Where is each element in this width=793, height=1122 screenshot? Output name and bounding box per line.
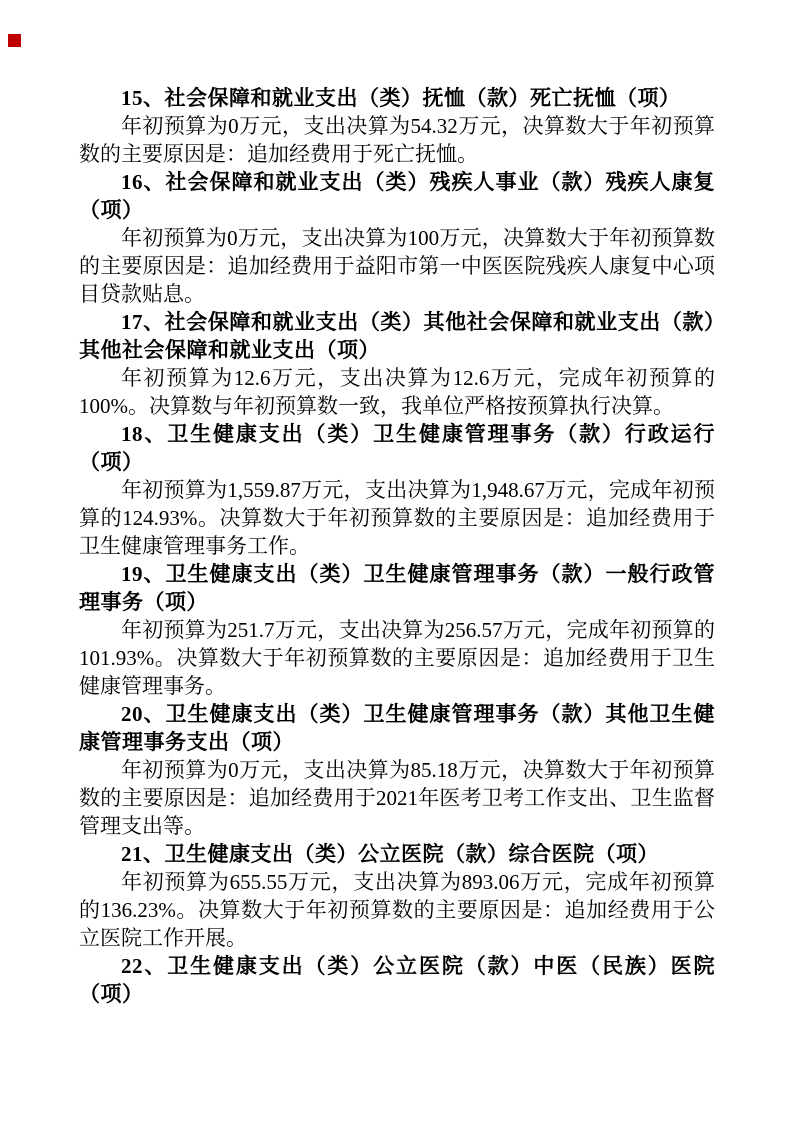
section-heading: 22、卫生健康支出（类）公立医院（款）中医（民族）医院（项） [79, 952, 715, 1008]
section-body: 年初预算为655.55万元，支出决算为893.06万元，完成年初预算的136.2… [79, 868, 715, 952]
section-heading: 18、卫生健康支出（类）卫生健康管理事务（款）行政运行（项） [79, 420, 715, 476]
section-body: 年初预算为12.6万元，支出决算为12.6万元，完成年初预算的100%。决算数与… [79, 364, 715, 420]
section-body: 年初预算为0万元，支出决算为85.18万元，决算数大于年初预算数的主要原因是：追… [79, 756, 715, 840]
section-heading: 21、卫生健康支出（类）公立医院（款）综合医院（项） [79, 840, 715, 868]
budget-item-18: 18、卫生健康支出（类）卫生健康管理事务（款）行政运行（项） 年初预算为1,55… [79, 420, 715, 560]
budget-item-15: 15、社会保障和就业支出（类）抚恤（款）死亡抚恤（项） 年初预算为0万元，支出决… [79, 84, 715, 168]
budget-item-20: 20、卫生健康支出（类）卫生健康管理事务（款）其他卫生健康管理事务支出（项） 年… [79, 700, 715, 840]
budget-item-16: 16、社会保障和就业支出（类）残疾人事业（款）残疾人康复（项） 年初预算为0万元… [79, 168, 715, 308]
section-heading: 15、社会保障和就业支出（类）抚恤（款）死亡抚恤（项） [79, 84, 715, 112]
section-heading: 20、卫生健康支出（类）卫生健康管理事务（款）其他卫生健康管理事务支出（项） [79, 700, 715, 756]
budget-item-19: 19、卫生健康支出（类）卫生健康管理事务（款）一般行政管理事务（项） 年初预算为… [79, 560, 715, 700]
budget-item-21: 21、卫生健康支出（类）公立医院（款）综合医院（项） 年初预算为655.55万元… [79, 840, 715, 952]
section-body: 年初预算为0万元，支出决算为100万元，决算数大于年初预算数的主要原因是：追加经… [79, 224, 715, 308]
budget-item-22: 22、卫生健康支出（类）公立医院（款）中医（民族）医院（项） [79, 952, 715, 1008]
document-page: 15、社会保障和就业支出（类）抚恤（款）死亡抚恤（项） 年初预算为0万元，支出决… [0, 0, 793, 1122]
red-page-marker [8, 34, 21, 47]
section-heading: 16、社会保障和就业支出（类）残疾人事业（款）残疾人康复（项） [79, 168, 715, 224]
section-body: 年初预算为0万元，支出决算为54.32万元，决算数大于年初预算数的主要原因是：追… [79, 112, 715, 168]
section-body: 年初预算为1,559.87万元，支出决算为1,948.67万元，完成年初预算的1… [79, 476, 715, 560]
section-heading: 17、社会保障和就业支出（类）其他社会保障和就业支出（款）其他社会保障和就业支出… [79, 308, 715, 364]
budget-item-17: 17、社会保障和就业支出（类）其他社会保障和就业支出（款）其他社会保障和就业支出… [79, 308, 715, 420]
section-body: 年初预算为251.7万元，支出决算为256.57万元，完成年初预算的101.93… [79, 616, 715, 700]
document-content: 15、社会保障和就业支出（类）抚恤（款）死亡抚恤（项） 年初预算为0万元，支出决… [79, 84, 715, 1008]
section-heading: 19、卫生健康支出（类）卫生健康管理事务（款）一般行政管理事务（项） [79, 560, 715, 616]
